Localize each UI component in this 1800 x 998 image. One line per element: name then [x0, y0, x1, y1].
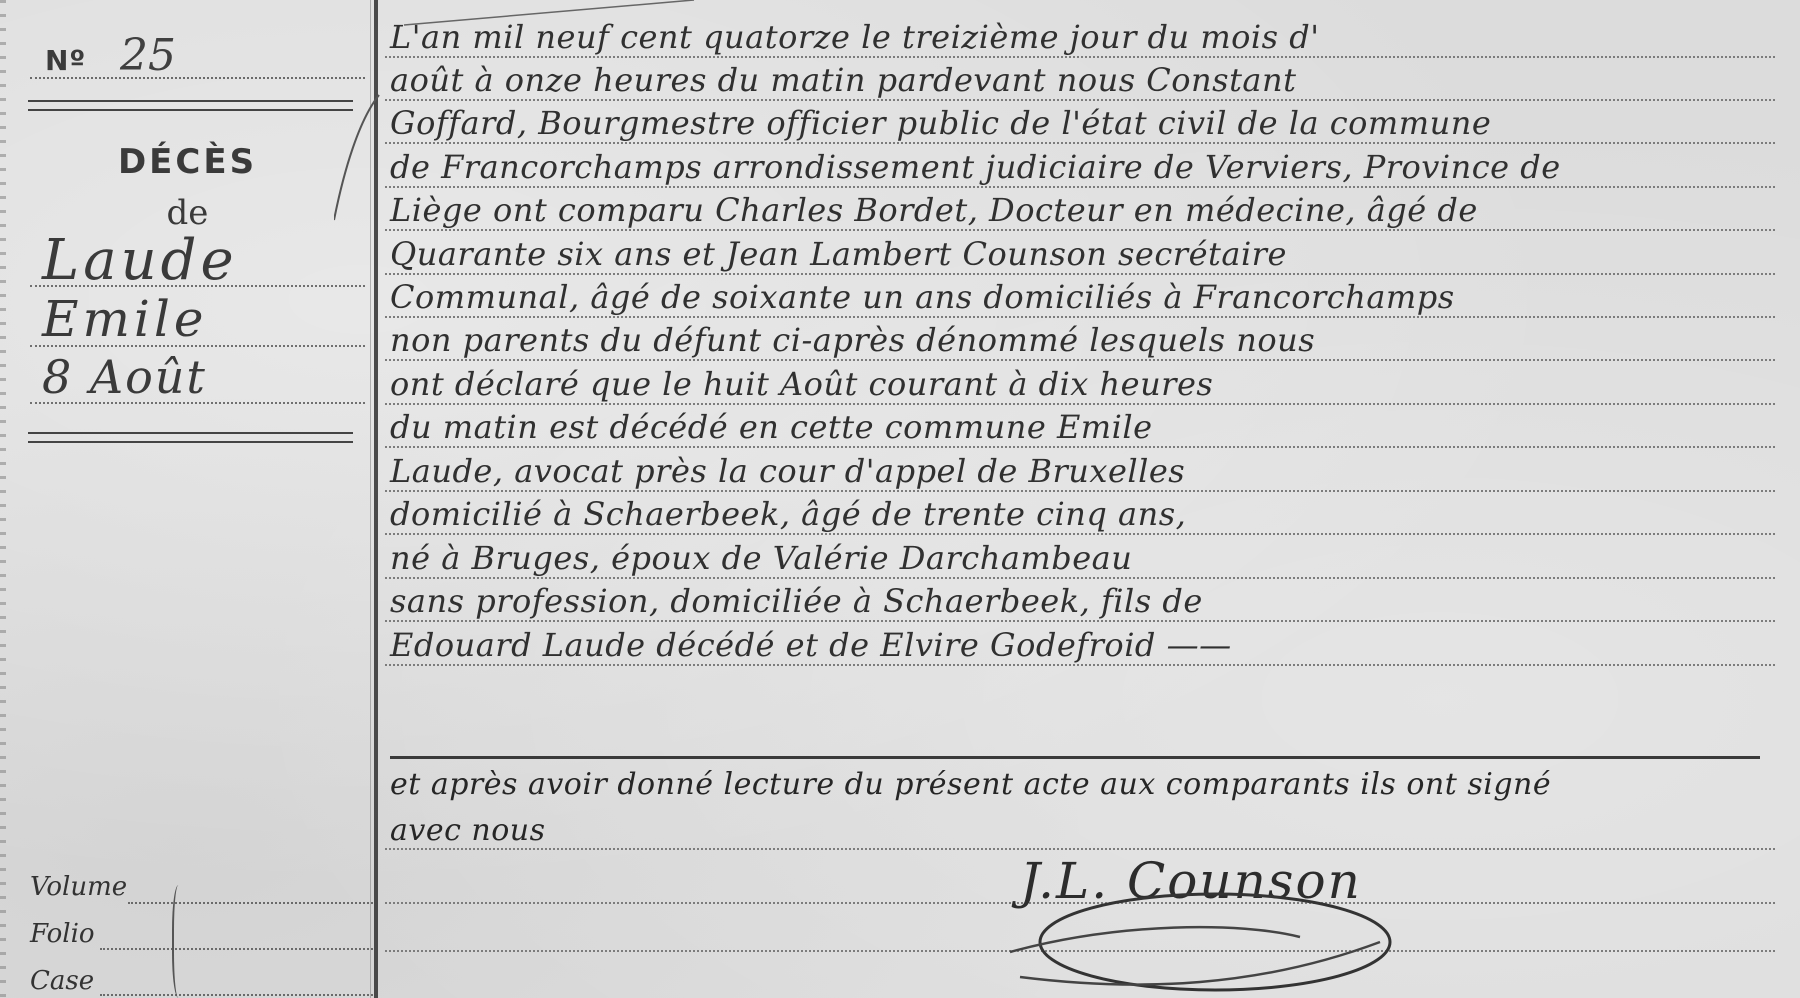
heading-de: de: [0, 193, 375, 233]
closing-line: et après avoir donné lecture du présent …: [390, 766, 1765, 808]
register-brace: [172, 885, 188, 998]
register-case-rule: [100, 994, 373, 996]
margin-rule: [30, 285, 365, 287]
record-number-rule: [30, 77, 365, 79]
register-case-label: Case: [30, 966, 94, 996]
register-page: Nº 25 DÉCÈS de Laude Emile 8 Août Volume…: [0, 0, 1800, 998]
register-folio-rule: [100, 948, 373, 950]
deceased-surname: Laude: [42, 228, 238, 293]
signature: J.L. Counson: [1000, 842, 1420, 992]
register-volume-rule: [128, 902, 373, 904]
margin-column: Nº 25 DÉCÈS de Laude Emile 8 Août Volume…: [0, 0, 375, 998]
signature-flourish: [1000, 882, 1420, 998]
double-rule-bottom: [28, 432, 353, 443]
record-number-value: 25: [120, 30, 176, 81]
death-date: 8 Août: [42, 350, 207, 404]
record-number-label: Nº: [45, 44, 86, 77]
deceased-given-name: Emile: [42, 290, 207, 348]
record-number: Nº 25: [45, 30, 365, 80]
margin-rule: [30, 402, 365, 404]
heading-deces: DÉCÈS: [0, 142, 375, 182]
register-folio-label: Folio: [30, 919, 95, 949]
margin-rule: [30, 345, 365, 347]
register-volume-label: Volume: [30, 872, 127, 902]
double-rule-top: [28, 100, 353, 111]
